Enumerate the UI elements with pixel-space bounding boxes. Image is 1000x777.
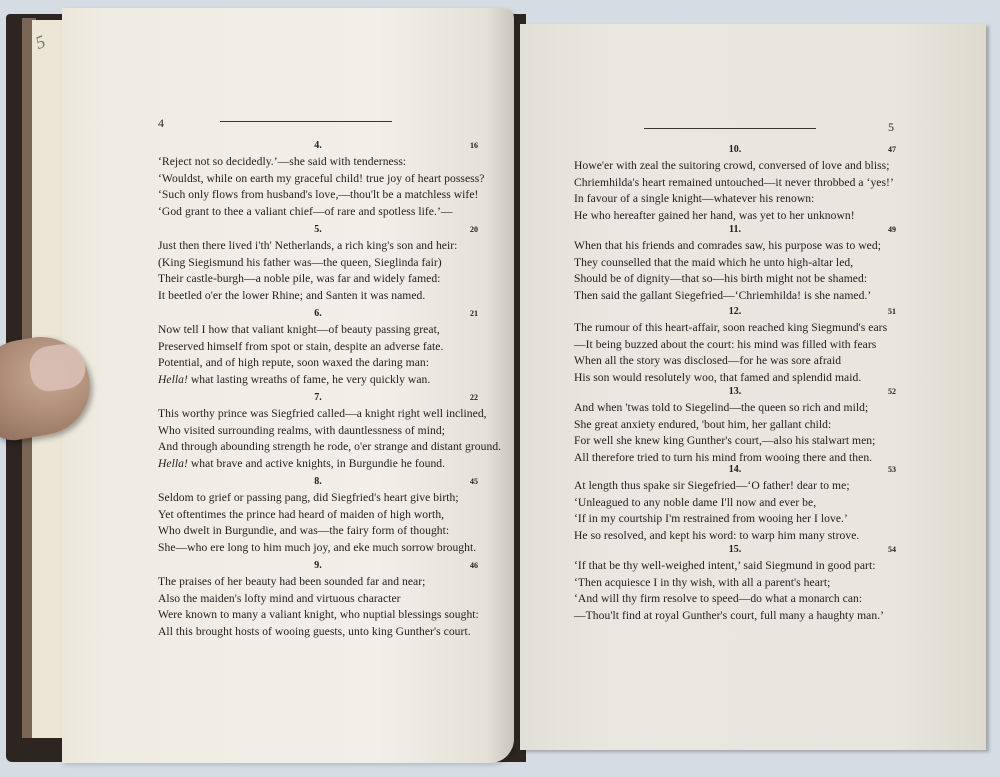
stanza-number: 11. — [574, 224, 896, 235]
verse-line: He who hereafter gained her hand, was ye… — [574, 208, 896, 225]
stanza: 9.46 The praises of her beauty had been … — [158, 560, 478, 640]
verse-line: Potential, and of high repute, soon waxe… — [158, 355, 478, 372]
verse-line: ‘God grant to thee a valiant chief—of ra… — [158, 204, 478, 221]
verse-line: Their castle-burgh—a noble pile, was far… — [158, 271, 478, 288]
margin-number: 53 — [888, 465, 896, 474]
stanza: 10.47 Howe'er with zeal the suitoring cr… — [574, 144, 896, 224]
verse-line: —Thou'lt find at royal Gunther's court, … — [574, 608, 896, 625]
stanza-number: 12. — [574, 306, 896, 317]
verse-line: Were known to many a valiant knight, who… — [158, 607, 478, 624]
stanza-number: 13. — [574, 386, 896, 397]
verse-line: ‘Unleagued to any noble dame I'll now an… — [574, 495, 896, 512]
stanza: 12.51 The rumour of this heart-affair, s… — [574, 306, 896, 386]
header-rule — [220, 121, 392, 122]
stanza-number: 10. — [574, 144, 896, 155]
verse-line: They counselled that the maid which he u… — [574, 255, 896, 272]
stanza-number: 7. — [158, 392, 478, 403]
verse-line: ‘Then acquiesce I in thy wish, with all … — [574, 575, 896, 592]
margin-number: 20 — [470, 225, 478, 234]
verse-line: Seldom to grief or passing pang, did Sie… — [158, 490, 478, 507]
verse-line: And through abounding strength he rode, … — [158, 439, 478, 456]
stanza: 6.21 Now tell I how that valiant knight—… — [158, 308, 478, 388]
verse-line: Then said the gallant Siegefried—‘Chriem… — [574, 288, 896, 305]
verse-line: For well she knew king Gunther's court,—… — [574, 433, 896, 450]
page-number: 5 — [888, 120, 894, 135]
margin-number: 46 — [470, 561, 478, 570]
stanza-number: 4. — [158, 140, 478, 151]
left-page: 4 4.16 ‘Reject not so decidedly.’—she sa… — [62, 8, 514, 763]
stanza: 7.22 This worthy prince was Siegfried ca… — [158, 392, 478, 472]
stanza: 13.52 And when 'twas told to Siegelind—t… — [574, 386, 896, 466]
stanza: 15.54 ‘If that be thy well-weighed inten… — [574, 544, 896, 624]
stanza-number: 15. — [574, 544, 896, 555]
margin-number: 47 — [888, 145, 896, 154]
margin-number: 45 — [470, 477, 478, 486]
header-rule — [644, 128, 816, 129]
margin-number: 54 — [888, 545, 896, 554]
verse-line: His son would resolutely woo, that famed… — [574, 370, 896, 387]
margin-number: 21 — [470, 309, 478, 318]
verse-line: —It being buzzed about the court: his mi… — [574, 337, 896, 354]
verse-line: Howe'er with zeal the suitoring crowd, c… — [574, 158, 896, 175]
verse-line: He so resolved, and kept his word: to wa… — [574, 528, 896, 545]
verse-line: Also the maiden's lofty mind and virtuou… — [158, 591, 478, 608]
verse-line: Who dwelt in Burgundie, and was—the fair… — [158, 523, 478, 540]
right-page: 5 10.47 Howe'er with zeal the suitoring … — [520, 24, 986, 750]
verse-line: Yet oftentimes the prince had heard of m… — [158, 507, 478, 524]
verse-line: In favour of a single knight—whatever hi… — [574, 191, 896, 208]
margin-number: 51 — [888, 307, 896, 316]
verse-line: ‘And will thy firm resolve to speed—do w… — [574, 591, 896, 608]
verse-line: Who visited surrounding realms, with dau… — [158, 423, 478, 440]
verse-line: Hella! what brave and active knights, in… — [158, 456, 478, 473]
margin-number: 22 — [470, 393, 478, 402]
verse-line: ‘Wouldst, while on earth my graceful chi… — [158, 171, 478, 188]
verse-line: Hella! what lasting wreaths of fame, he … — [158, 372, 478, 389]
verse-line: It beetled o'er the lower Rhine; and San… — [158, 288, 478, 305]
verse-line: She—who ere long to him much joy, and ek… — [158, 540, 478, 557]
verse-line: (King Siegismund his father was—the quee… — [158, 255, 478, 272]
margin-number: 49 — [888, 225, 896, 234]
stanza-number: 8. — [158, 476, 478, 487]
verse-line: At length thus spake sir Siegefried—‘O f… — [574, 478, 896, 495]
verse-line: When all the story was disclosed—for he … — [574, 353, 896, 370]
verse-line: All this brought hosts of wooing guests,… — [158, 624, 478, 641]
verse-line: Should be of dignity—that so—his birth m… — [574, 271, 896, 288]
margin-number: 52 — [888, 387, 896, 396]
verse-line: Chriemhilda's heart remained untouched—i… — [574, 175, 896, 192]
stanza: 14.53 At length thus spake sir Siegefrie… — [574, 464, 896, 544]
stanza-number: 5. — [158, 224, 478, 235]
verse-line: The praises of her beauty had been sound… — [158, 574, 478, 591]
stanza: 11.49 When that his friends and comrades… — [574, 224, 896, 304]
verse-line: When that his friends and comrades saw, … — [574, 238, 896, 255]
stanza: 8.45 Seldom to grief or passing pang, di… — [158, 476, 478, 556]
stanza: 4.16 ‘Reject not so decidedly.’—she said… — [158, 140, 478, 220]
verse-line: This worthy prince was Siegfried called—… — [158, 406, 478, 423]
stanza-number: 9. — [158, 560, 478, 571]
stanza-number: 14. — [574, 464, 896, 475]
verse-line: The rumour of this heart-affair, soon re… — [574, 320, 896, 337]
verse-line: ‘Reject not so decidedly.’—she said with… — [158, 154, 478, 171]
verse-line: She great anxiety endured, 'bout him, he… — [574, 417, 896, 434]
stanza: 5.20 Just then there lived i'th' Netherl… — [158, 224, 478, 304]
verse-line: ‘If in my courtship I'm restrained from … — [574, 511, 896, 528]
page-number: 4 — [158, 116, 164, 131]
verse-line: Just then there lived i'th' Netherlands,… — [158, 238, 478, 255]
verse-line: Now tell I how that valiant knight—of be… — [158, 322, 478, 339]
verse-line: ‘If that be thy well-weighed intent,’ sa… — [574, 558, 896, 575]
margin-number: 16 — [470, 141, 478, 150]
verse-line: Preserved himself from spot or stain, de… — [158, 339, 478, 356]
verse-line: And when 'twas told to Siegelind—the que… — [574, 400, 896, 417]
verse-line: ‘Such only flows from husband's love,—th… — [158, 187, 478, 204]
stanza-number: 6. — [158, 308, 478, 319]
